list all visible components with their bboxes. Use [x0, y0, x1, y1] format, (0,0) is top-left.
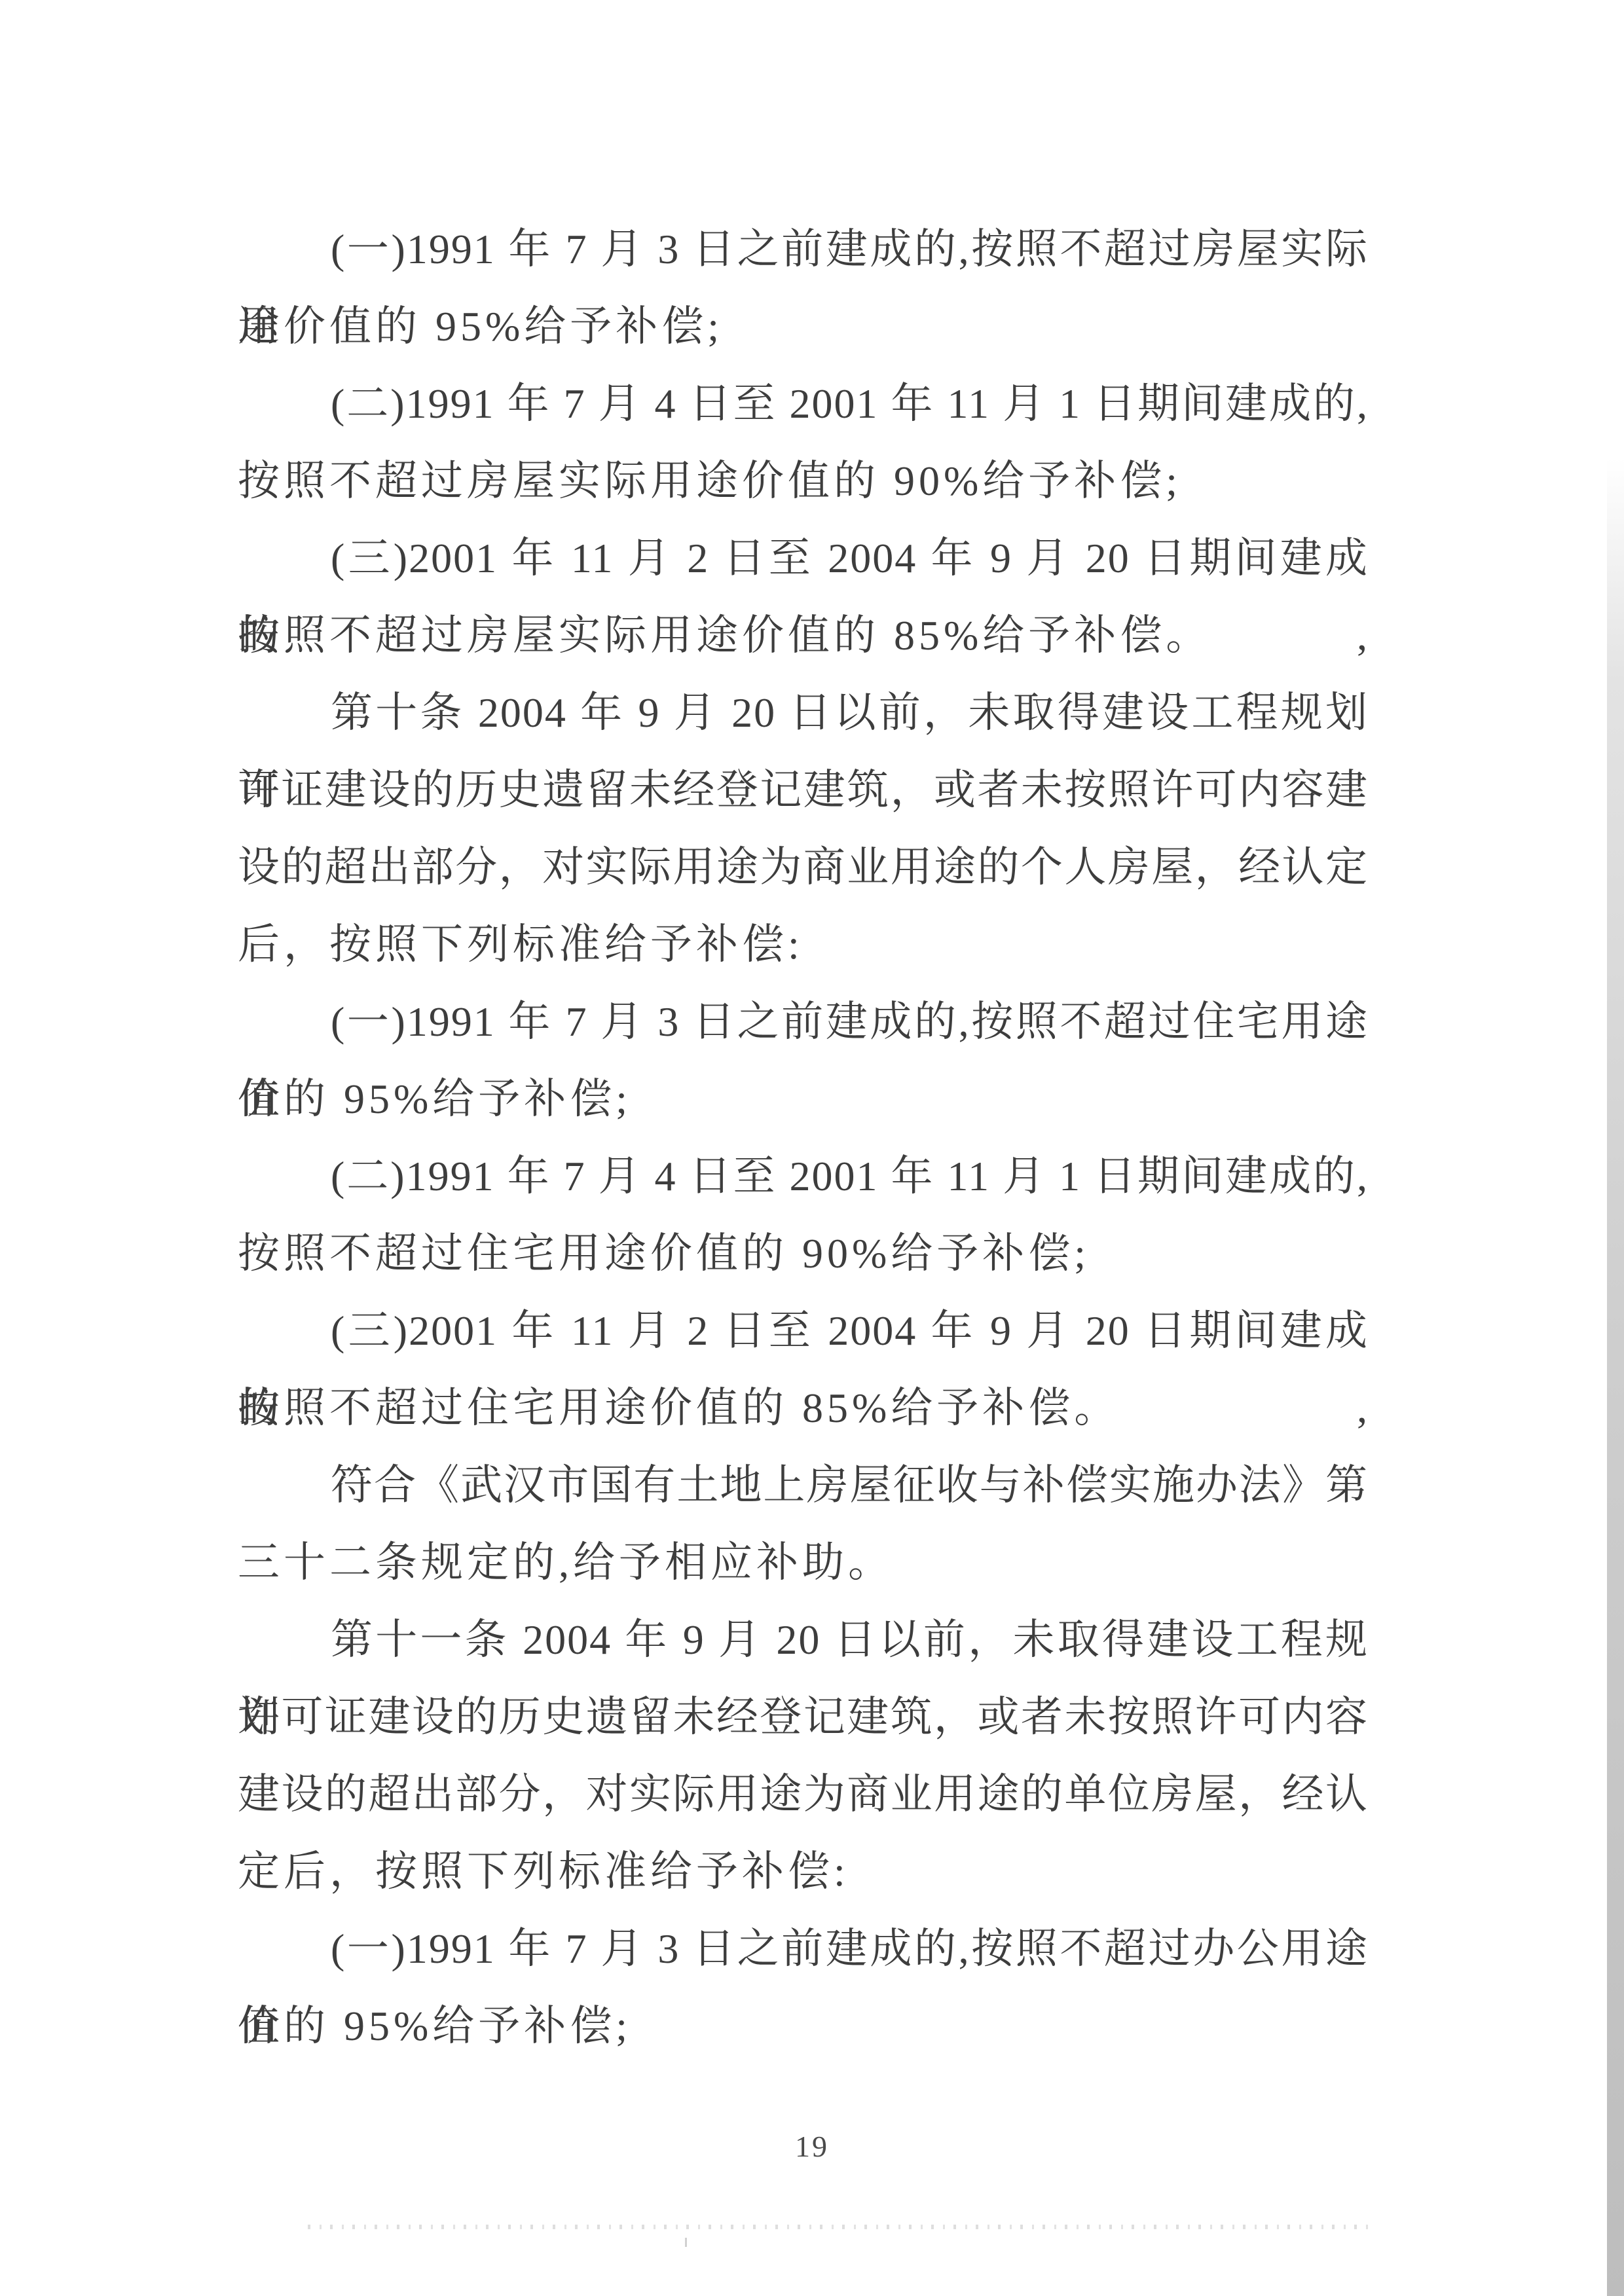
- text-line: 第十条 2004 年 9 月 20 日以前，未取得建设工程规划许: [238, 674, 1369, 752]
- text-line: (一)1991 年 7 月 3 日之前建成的,按照不超过房屋实际用: [238, 211, 1369, 288]
- text-line: (二)1991 年 7 月 4 日至 2001 年 11 月 1 日期间建成的,: [238, 365, 1369, 443]
- text-line: 许可证建设的历史遗留未经登记建筑，或者未按照许可内容: [238, 1679, 1369, 1756]
- text-line: 值的 95%给予补偿;: [238, 1061, 1369, 1138]
- text-line: 符合《武汉市国有土地上房屋征收与补偿实施办法》第: [238, 1447, 1369, 1524]
- scan-artifact-speck: [685, 2238, 687, 2247]
- text-block: (一)1991 年 7 月 3 日之前建成的,按照不超过房屋实际用 途价值的 9…: [238, 211, 1369, 2065]
- text-line: (一)1991 年 7 月 3 日之前建成的,按照不超过办公用途价: [238, 1910, 1369, 1988]
- text-line: 按照不超过房屋实际用途价值的 85%给予补偿。: [238, 597, 1369, 674]
- text-line: 建设的超出部分，对实际用途为商业用途的单位房屋，经认: [238, 1756, 1369, 1833]
- text-line: 后，按照下列标准给予补偿:: [238, 906, 1369, 983]
- text-line: 值的 95%给予补偿;: [238, 1988, 1369, 2065]
- text-line: 设的超出部分，对实际用途为商业用途的个人房屋，经认定: [238, 829, 1369, 906]
- page-number: 19: [0, 2129, 1624, 2164]
- text-line: 第十一条 2004 年 9 月 20 日以前，未取得建设工程规划: [238, 1601, 1369, 1679]
- text-line: 三十二条规定的,给予相应补助。: [238, 1524, 1369, 1601]
- scan-shadow-right-edge: [1607, 458, 1624, 2296]
- text-line: (三)2001 年 11 月 2 日至 2004 年 9 月 20 日期间建成的…: [238, 1292, 1369, 1370]
- text-line: (二)1991 年 7 月 4 日至 2001 年 11 月 1 日期间建成的,: [238, 1138, 1369, 1215]
- text-line: 按照不超过住宅用途价值的 90%给予补偿;: [238, 1215, 1369, 1292]
- text-line: (一)1991 年 7 月 3 日之前建成的,按照不超过住宅用途价: [238, 983, 1369, 1061]
- document-page: (一)1991 年 7 月 3 日之前建成的,按照不超过房屋实际用 途价值的 9…: [0, 0, 1624, 2296]
- scan-artifact-bottom: [308, 2225, 1369, 2229]
- text-line: (三)2001 年 11 月 2 日至 2004 年 9 月 20 日期间建成的…: [238, 520, 1369, 597]
- text-line: 定后，按照下列标准给予补偿:: [238, 1833, 1369, 1910]
- text-line: 按照不超过房屋实际用途价值的 90%给予补偿;: [238, 443, 1369, 520]
- text-line: 可证建设的历史遗留未经登记建筑，或者未按照许可内容建: [238, 752, 1369, 829]
- text-line: 途价值的 95%给予补偿;: [238, 288, 1369, 365]
